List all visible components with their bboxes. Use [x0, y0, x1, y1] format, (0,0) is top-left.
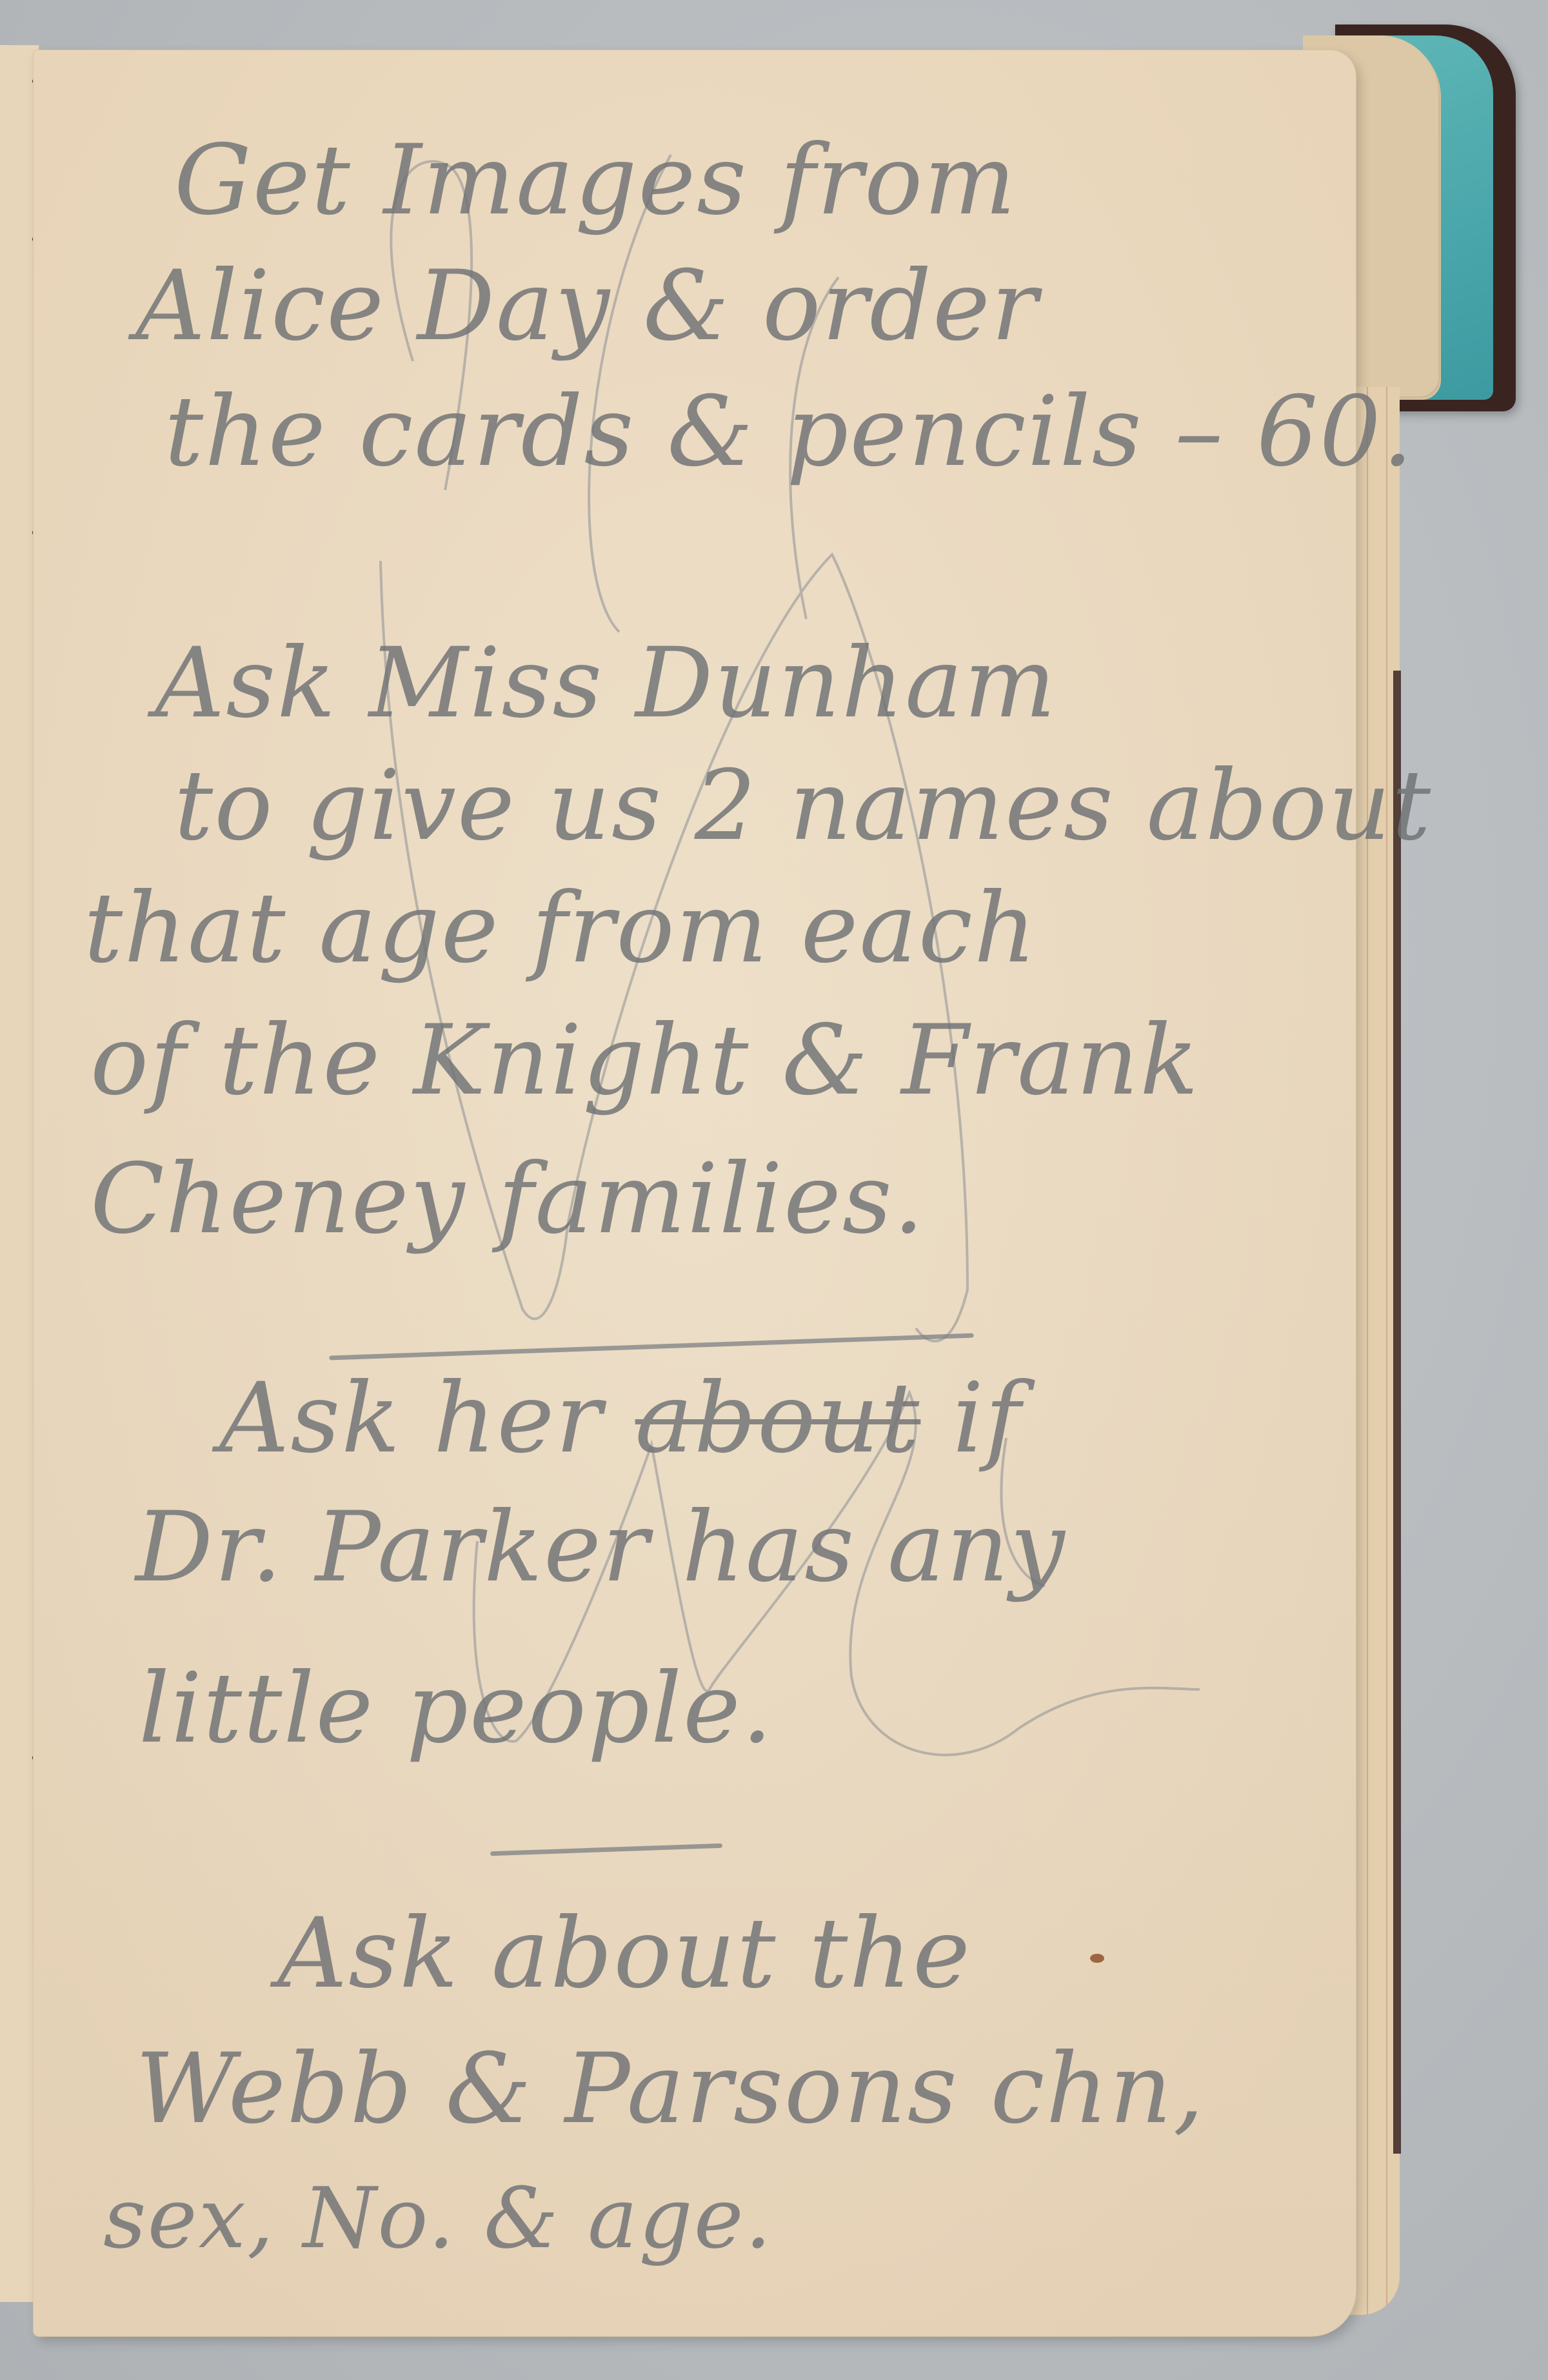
- note-line: Ask Miss Dunham: [155, 635, 1057, 732]
- note-line: Dr. Parker has any: [135, 1499, 1066, 1596]
- note-text: if: [953, 1362, 1022, 1475]
- cover-spine-edge: [1393, 671, 1401, 2154]
- note-line: Webb & Parsons chn,: [135, 2041, 1205, 2138]
- rust-stain-icon: [1090, 1954, 1104, 1963]
- note-line: the cards & pencils – 60.: [164, 384, 1414, 480]
- note-line: Cheney families.: [90, 1151, 925, 1248]
- note-line: Ask about the: [277, 1905, 971, 2002]
- note-line: to give us 2 names about: [174, 758, 1432, 854]
- note-line: Get Images from: [174, 132, 1017, 229]
- note-text: Ask her: [219, 1362, 603, 1475]
- note-line: that age from each: [84, 880, 1037, 977]
- note-line: sex, No. & age.: [103, 2176, 773, 2260]
- note-line-prefix: Ask her about if: [219, 1370, 1022, 1467]
- struck-through-text: about: [635, 1362, 921, 1475]
- note-line: of the Knight & Frank: [90, 1012, 1200, 1109]
- note-line: little people.: [139, 1660, 773, 1757]
- note-line: Alice Day & order: [135, 258, 1039, 355]
